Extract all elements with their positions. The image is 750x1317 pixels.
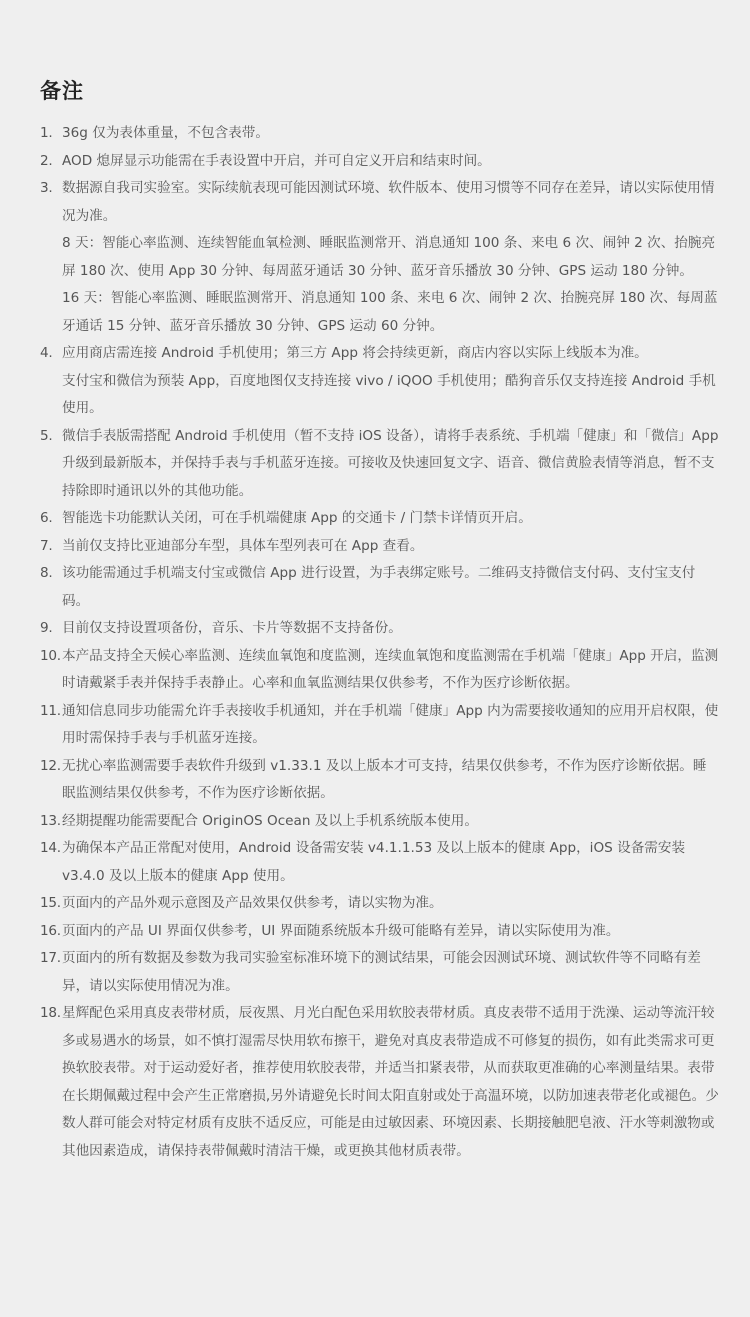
notes-list: 1.36g 仅为表体重量，不包含表带。 2.AOD 熄屏显示功能需在手表设置中开…: [40, 120, 720, 1165]
note-number: 10.: [40, 643, 62, 698]
note-item-10: 10.本产品支持全天候心率监测、连续血氧饱和度监测，连续血氧饱和度监测需在手机端…: [40, 643, 720, 698]
note-item-7: 7.当前仅支持比亚迪部分车型，具体车型列表可在 App 查看。: [40, 533, 720, 561]
note-item-9: 9.目前仅支持设置项备份，音乐、卡片等数据不支持备份。: [40, 615, 720, 643]
note-text: 页面内的产品 UI 界面仅供参考，UI 界面随系统版本升级可能略有差异，请以实际…: [62, 918, 720, 946]
note-number: 18.: [40, 1000, 62, 1165]
note-text: 目前仅支持设置项备份，音乐、卡片等数据不支持备份。: [62, 615, 720, 643]
note-item-5: 5.微信手表版需搭配 Android 手机使用（暂不支持 iOS 设备），请将手…: [40, 423, 720, 506]
note-text: 星辉配色采用真皮表带材质，辰夜黑、月光白配色采用软胶表带材质。真皮表带不适用于洗…: [62, 1000, 720, 1165]
note-number: 15.: [40, 890, 62, 918]
note-text: 当前仅支持比亚迪部分车型，具体车型列表可在 App 查看。: [62, 533, 720, 561]
note-number: 5.: [40, 423, 62, 506]
note-subtext: 支付宝和微信为预装 App，百度地图仅支持连接 vivo / iQOO 手机使用…: [62, 368, 720, 423]
note-item-4: 4. 应用商店需连接 Android 手机使用；第三方 App 将会持续更新，商…: [40, 340, 720, 423]
note-item-3: 3. 数据源自我司实验室。实际续航表现可能因测试环境、软件版本、使用习惯等不同存…: [40, 175, 720, 340]
note-item-11: 11.通知信息同步功能需允许手表接收手机通知，并在手机端「健康」App 内为需要…: [40, 698, 720, 753]
note-text: 通知信息同步功能需允许手表接收手机通知，并在手机端「健康」App 内为需要接收通…: [62, 698, 720, 753]
note-item-12: 12.无扰心率监测需要手表软件升级到 v1.33.1 及以上版本才可支持，结果仅…: [40, 753, 720, 808]
note-text: 应用商店需连接 Android 手机使用；第三方 App 将会持续更新，商店内容…: [62, 340, 720, 368]
note-text: 智能选卡功能默认关闭，可在手机端健康 App 的交通卡 / 门禁卡详情页开启。: [62, 505, 720, 533]
note-item-2: 2.AOD 熄屏显示功能需在手表设置中开启，并可自定义开启和结束时间。: [40, 148, 720, 176]
note-text: 36g 仅为表体重量，不包含表带。: [62, 120, 720, 148]
note-number: 2.: [40, 148, 62, 176]
note-item-13: 13.经期提醒功能需要配合 OriginOS Ocean 及以上手机系统版本使用…: [40, 808, 720, 836]
note-item-1: 1.36g 仅为表体重量，不包含表带。: [40, 120, 720, 148]
note-number: 16.: [40, 918, 62, 946]
battery-16-days: 16 天：智能心率监测、睡眠监测常开、消息通知 100 条、来电 6 次、闹钟 …: [62, 285, 720, 340]
note-number: 1.: [40, 120, 62, 148]
note-item-14: 14.为确保本产品正常配对使用，Android 设备需安装 v4.1.1.53 …: [40, 835, 720, 890]
note-number: 4.: [40, 340, 62, 423]
notes-page: 备注 1.36g 仅为表体重量，不包含表带。 2.AOD 熄屏显示功能需在手表设…: [0, 0, 720, 1165]
note-number: 3.: [40, 175, 62, 340]
battery-8-days: 8 天：智能心率监测、连续智能血氧检测、睡眠监测常开、消息通知 100 条、来电…: [62, 230, 720, 285]
page-title: 备注: [40, 76, 720, 106]
note-number: 9.: [40, 615, 62, 643]
note-text: 数据源自我司实验室。实际续航表现可能因测试环境、软件版本、使用习惯等不同存在差异…: [62, 175, 720, 230]
note-number: 12.: [40, 753, 62, 808]
note-text: 本产品支持全天候心率监测、连续血氧饱和度监测，连续血氧饱和度监测需在手机端「健康…: [62, 643, 720, 698]
note-number: 13.: [40, 808, 62, 836]
note-number: 7.: [40, 533, 62, 561]
note-text: 该功能需通过手机端支付宝或微信 App 进行设置，为手表绑定账号。二维码支持微信…: [62, 560, 720, 615]
note-item-18: 18.星辉配色采用真皮表带材质，辰夜黑、月光白配色采用软胶表带材质。真皮表带不适…: [40, 1000, 720, 1165]
note-item-17: 17.页面内的所有数据及参数为我司实验室标准环境下的测试结果，可能会因测试环境、…: [40, 945, 720, 1000]
note-text: 无扰心率监测需要手表软件升级到 v1.33.1 及以上版本才可支持，结果仅供参考…: [62, 753, 720, 808]
note-item-16: 16.页面内的产品 UI 界面仅供参考，UI 界面随系统版本升级可能略有差异，请…: [40, 918, 720, 946]
note-item-6: 6.智能选卡功能默认关闭，可在手机端健康 App 的交通卡 / 门禁卡详情页开启…: [40, 505, 720, 533]
note-text: 页面内的所有数据及参数为我司实验室标准环境下的测试结果，可能会因测试环境、测试软…: [62, 945, 720, 1000]
note-item-15: 15.页面内的产品外观示意图及产品效果仅供参考，请以实物为准。: [40, 890, 720, 918]
note-number: 6.: [40, 505, 62, 533]
note-text: AOD 熄屏显示功能需在手表设置中开启，并可自定义开启和结束时间。: [62, 148, 720, 176]
note-text: 经期提醒功能需要配合 OriginOS Ocean 及以上手机系统版本使用。: [62, 808, 720, 836]
note-number: 11.: [40, 698, 62, 753]
note-item-8: 8.该功能需通过手机端支付宝或微信 App 进行设置，为手表绑定账号。二维码支持…: [40, 560, 720, 615]
note-number: 14.: [40, 835, 62, 890]
note-text: 为确保本产品正常配对使用，Android 设备需安装 v4.1.1.53 及以上…: [62, 835, 720, 890]
note-number: 17.: [40, 945, 62, 1000]
note-number: 8.: [40, 560, 62, 615]
note-text: 页面内的产品外观示意图及产品效果仅供参考，请以实物为准。: [62, 890, 720, 918]
note-text: 微信手表版需搭配 Android 手机使用（暂不支持 iOS 设备），请将手表系…: [62, 423, 720, 506]
